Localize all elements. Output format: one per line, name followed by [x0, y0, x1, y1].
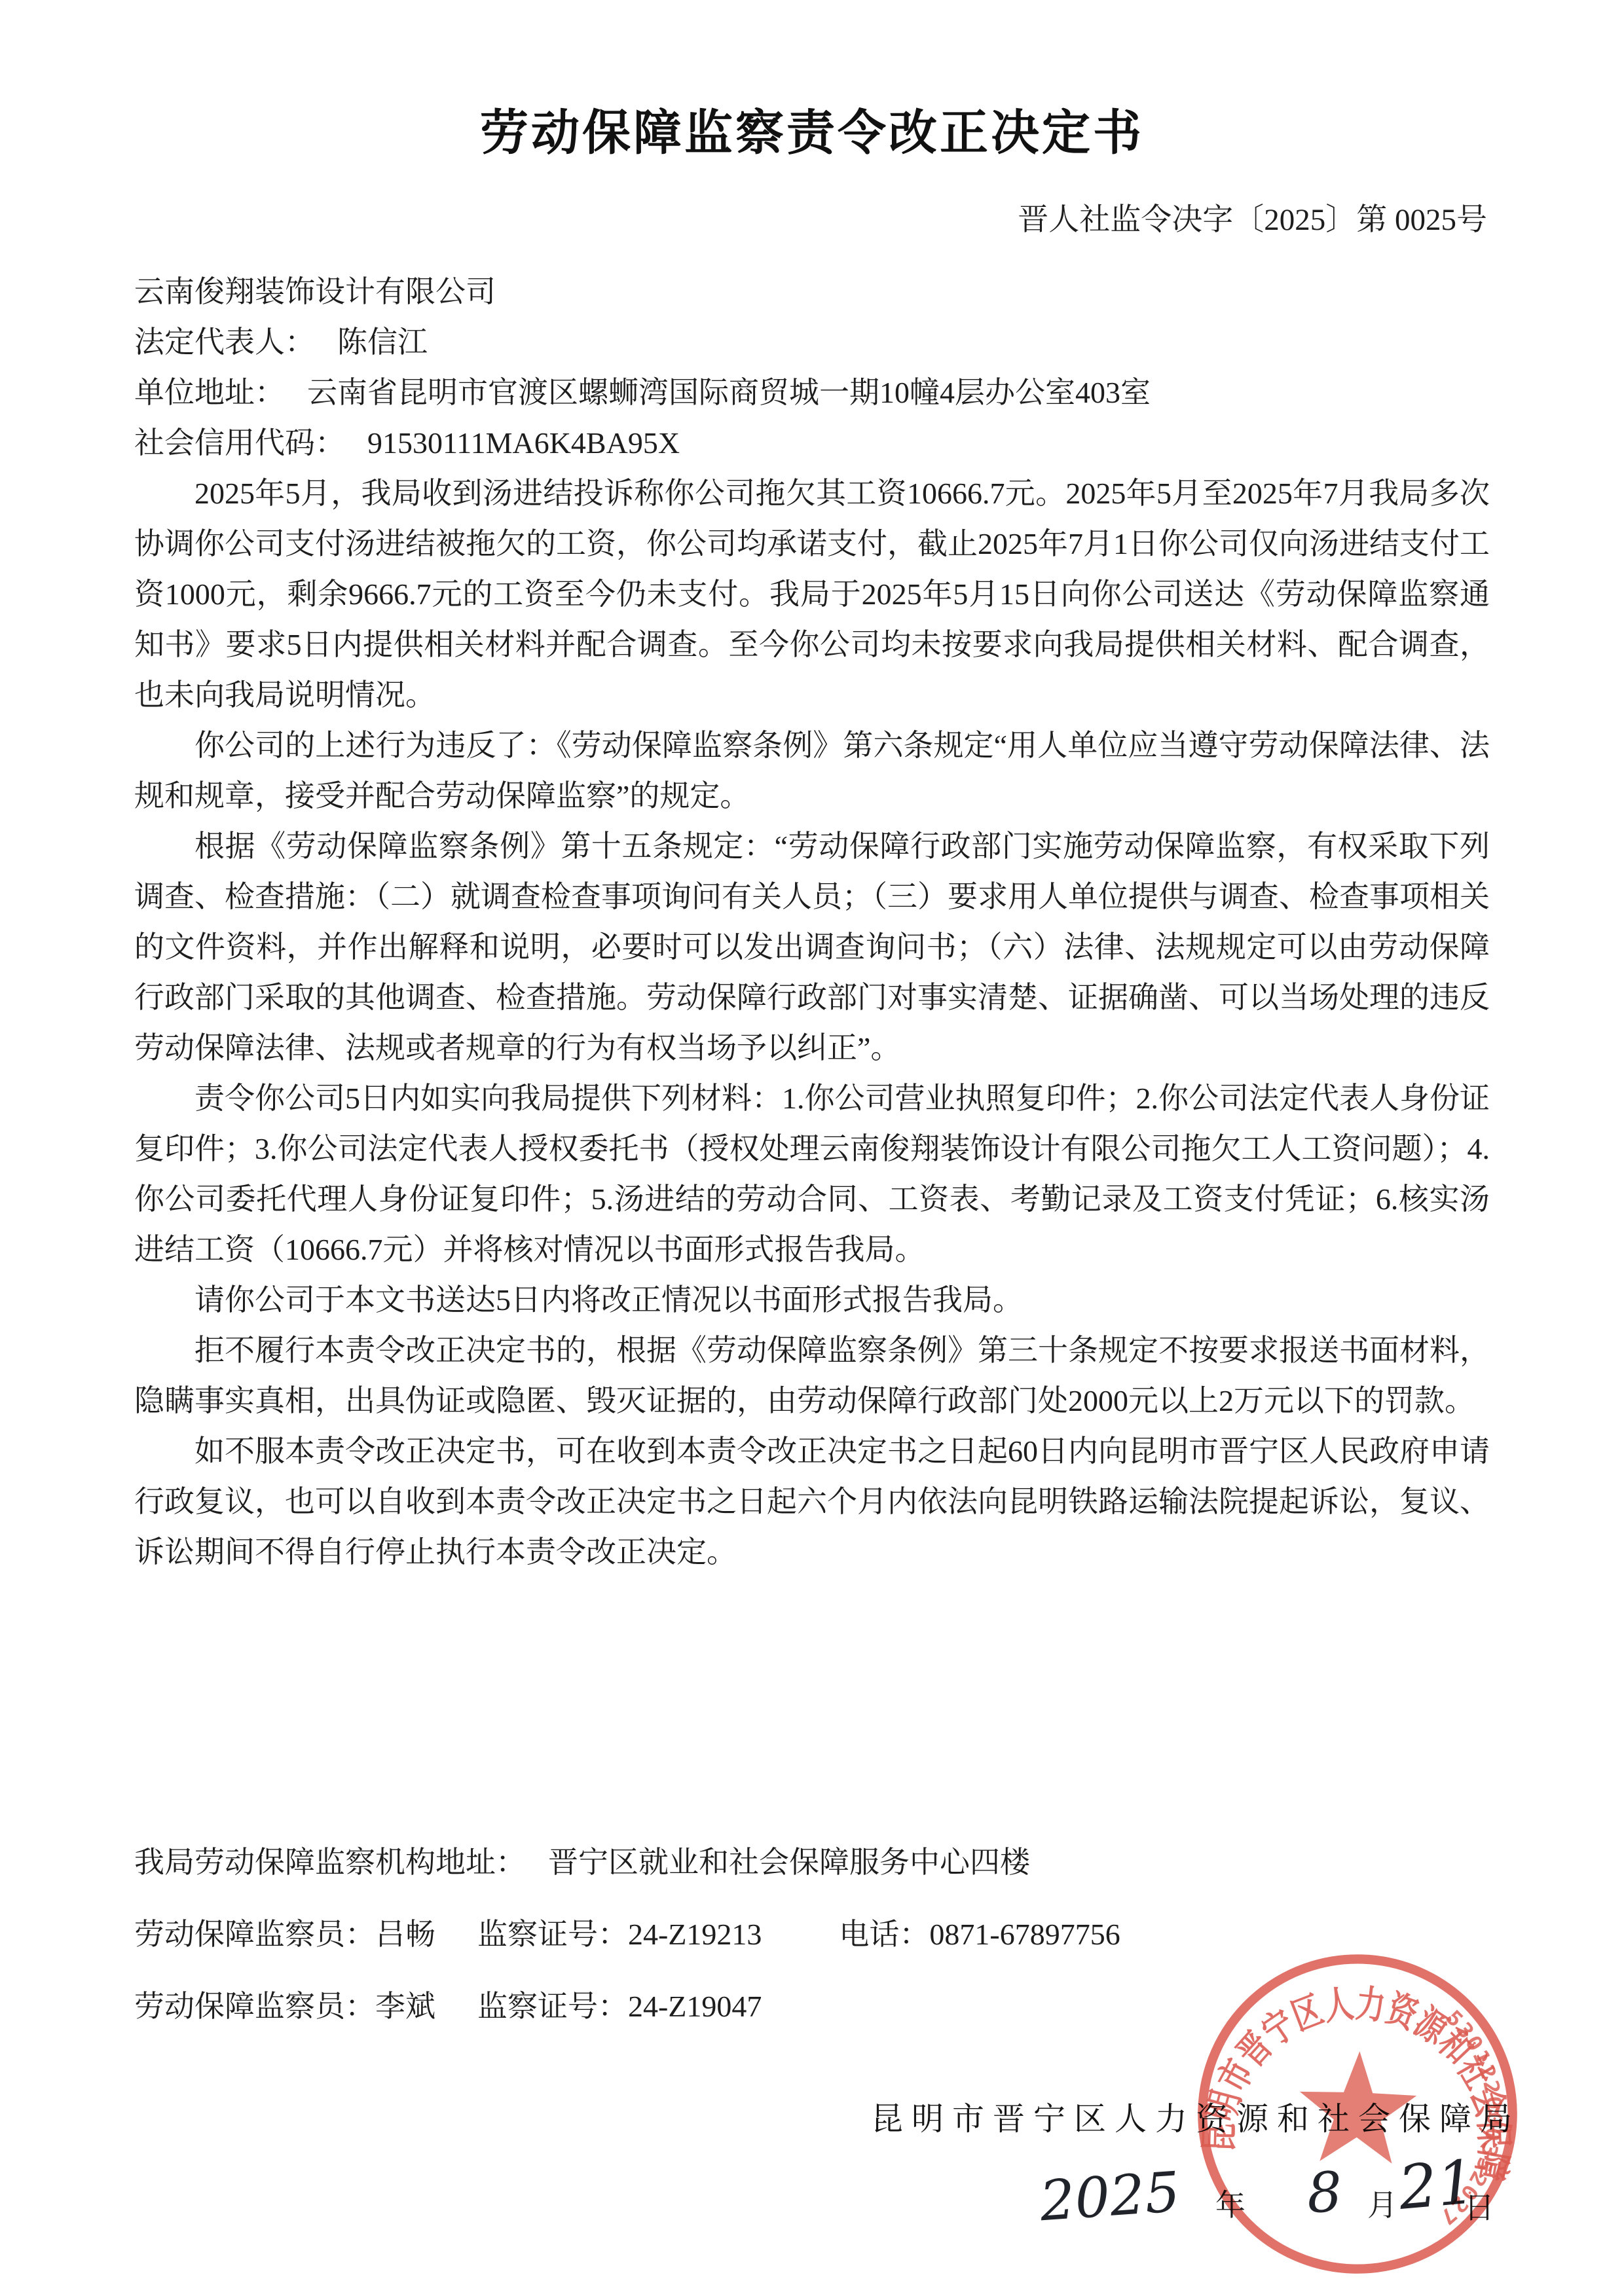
paragraph-legal-basis: 根据《劳动保障监察条例》第十五条规定：“劳动保障行政部门实施劳动保障监察，有权采… [134, 821, 1490, 1073]
inspector-2-cert-no: 24-Z19047 [628, 1990, 762, 2023]
paragraph-order-materials: 责令你公司5日内如实向我局提供下列材料：1.你公司营业执照复印件；2.你公司法定… [134, 1073, 1490, 1275]
document-number: 晋人社监令决字〔2025〕第 0025号 [134, 200, 1487, 240]
issue-date-year: 2025 [1038, 2160, 1182, 2234]
inspector-2-cert-label: 监察证号： [477, 1990, 628, 2023]
office-address-line: 我局劳动保障监察机构地址：晋宁区就业和社会保障服务中心四楼 [134, 1837, 1490, 1887]
inspector-row-1: 劳动保障监察员：吕畅监察证号：24-Z19213电话：0871-67897756 [134, 1909, 1490, 1959]
office-address-value: 晋宁区就业和社会保障服务中心四楼 [548, 1846, 1030, 1879]
inspector-1-cert-label: 监察证号： [477, 1918, 628, 1951]
issue-date-day-unit: 日 [1464, 2184, 1494, 2227]
document-page: 劳动保障监察责令改正决定书 晋人社监令决字〔2025〕第 0025号 云南俊翔装… [0, 0, 1624, 2296]
recipient-address: 单位地址：云南省昆明市官渡区螺蛳湾国际商贸城一期10幢4层办公室403室 [134, 367, 1490, 418]
inspector-2-name: 李斌 [375, 1990, 435, 2023]
recipient-block: 云南俊翔装饰设计有限公司 法定代表人：陈信江 单位地址：云南省昆明市官渡区螺蛳湾… [134, 266, 1490, 468]
inspector-2-role-label: 劳动保障监察员： [134, 1990, 375, 2023]
credit-code-value: 91530111MA6K4BA95X [367, 426, 680, 460]
document-body: 2025年5月，我局收到汤进结投诉称你公司拖欠其工资10666.7元。2025年… [134, 468, 1490, 1577]
recipient-credit-code: 社会信用代码：91530111MA6K4BA95X [134, 418, 1490, 468]
issuing-authority: 昆明市晋宁区人力资源和社会保障局 [871, 2099, 1521, 2140]
legal-rep-name: 陈信江 [337, 325, 428, 359]
document-footer: 我局劳动保障监察机构地址：晋宁区就业和社会保障服务中心四楼 劳动保障监察员：吕畅… [134, 1837, 1490, 2032]
issue-date: 2025 年 8 月 21 日 [1040, 2160, 1511, 2252]
document-content: 劳动保障监察责令改正决定书 晋人社监令决字〔2025〕第 0025号 云南俊翔装… [134, 103, 1490, 1577]
issue-date-month-unit: 月 [1367, 2181, 1397, 2225]
paragraph-report-deadline: 请你公司于本文书送达5日内将改正情况以书面形式报告我局。 [134, 1275, 1490, 1325]
inspector-1-cert-no: 24-Z19213 [628, 1918, 762, 1951]
issue-date-year-unit: 年 [1215, 2181, 1246, 2225]
paragraph-facts: 2025年5月，我局收到汤进结投诉称你公司拖欠其工资10666.7元。2025年… [134, 468, 1490, 720]
address-value: 云南省昆明市官渡区螺蛳湾国际商贸城一期10幢4层办公室403室 [307, 376, 1151, 409]
paragraph-penalty-warning: 拒不履行本责令改正决定书的，根据《劳动保障监察条例》第三十条规定不按要求报送书面… [134, 1325, 1490, 1426]
inspector-1-role-label: 劳动保障监察员： [134, 1918, 375, 1951]
legal-rep-label: 法定代表人： [134, 325, 315, 359]
office-address-label: 我局劳动保障监察机构地址： [134, 1846, 526, 1879]
paragraph-violation: 你公司的上述行为违反了：《劳动保障监察条例》第六条规定“用人单位应当遵守劳动保障… [134, 720, 1490, 821]
inspector-1-name: 吕畅 [375, 1918, 435, 1951]
recipient-legal-rep: 法定代表人：陈信江 [134, 317, 1490, 367]
inspector-1-phone: 0871-67897756 [929, 1918, 1120, 1951]
document-title: 劳动保障监察责令改正决定书 [134, 103, 1490, 164]
inspector-row-2: 劳动保障监察员：李斌监察证号：24-Z19047 [134, 1981, 1490, 2032]
paragraph-appeal-rights: 如不服本责令改正决定书，可在收到本责令改正决定书之日起60日内向昆明市晋宁区人民… [134, 1426, 1490, 1577]
credit-code-label: 社会信用代码： [134, 426, 345, 460]
address-label: 单位地址： [134, 376, 285, 409]
issue-date-month: 8 [1305, 2160, 1344, 2226]
recipient-company: 云南俊翔装饰设计有限公司 [134, 266, 1490, 317]
inspector-1-phone-label: 电话： [839, 1918, 929, 1951]
